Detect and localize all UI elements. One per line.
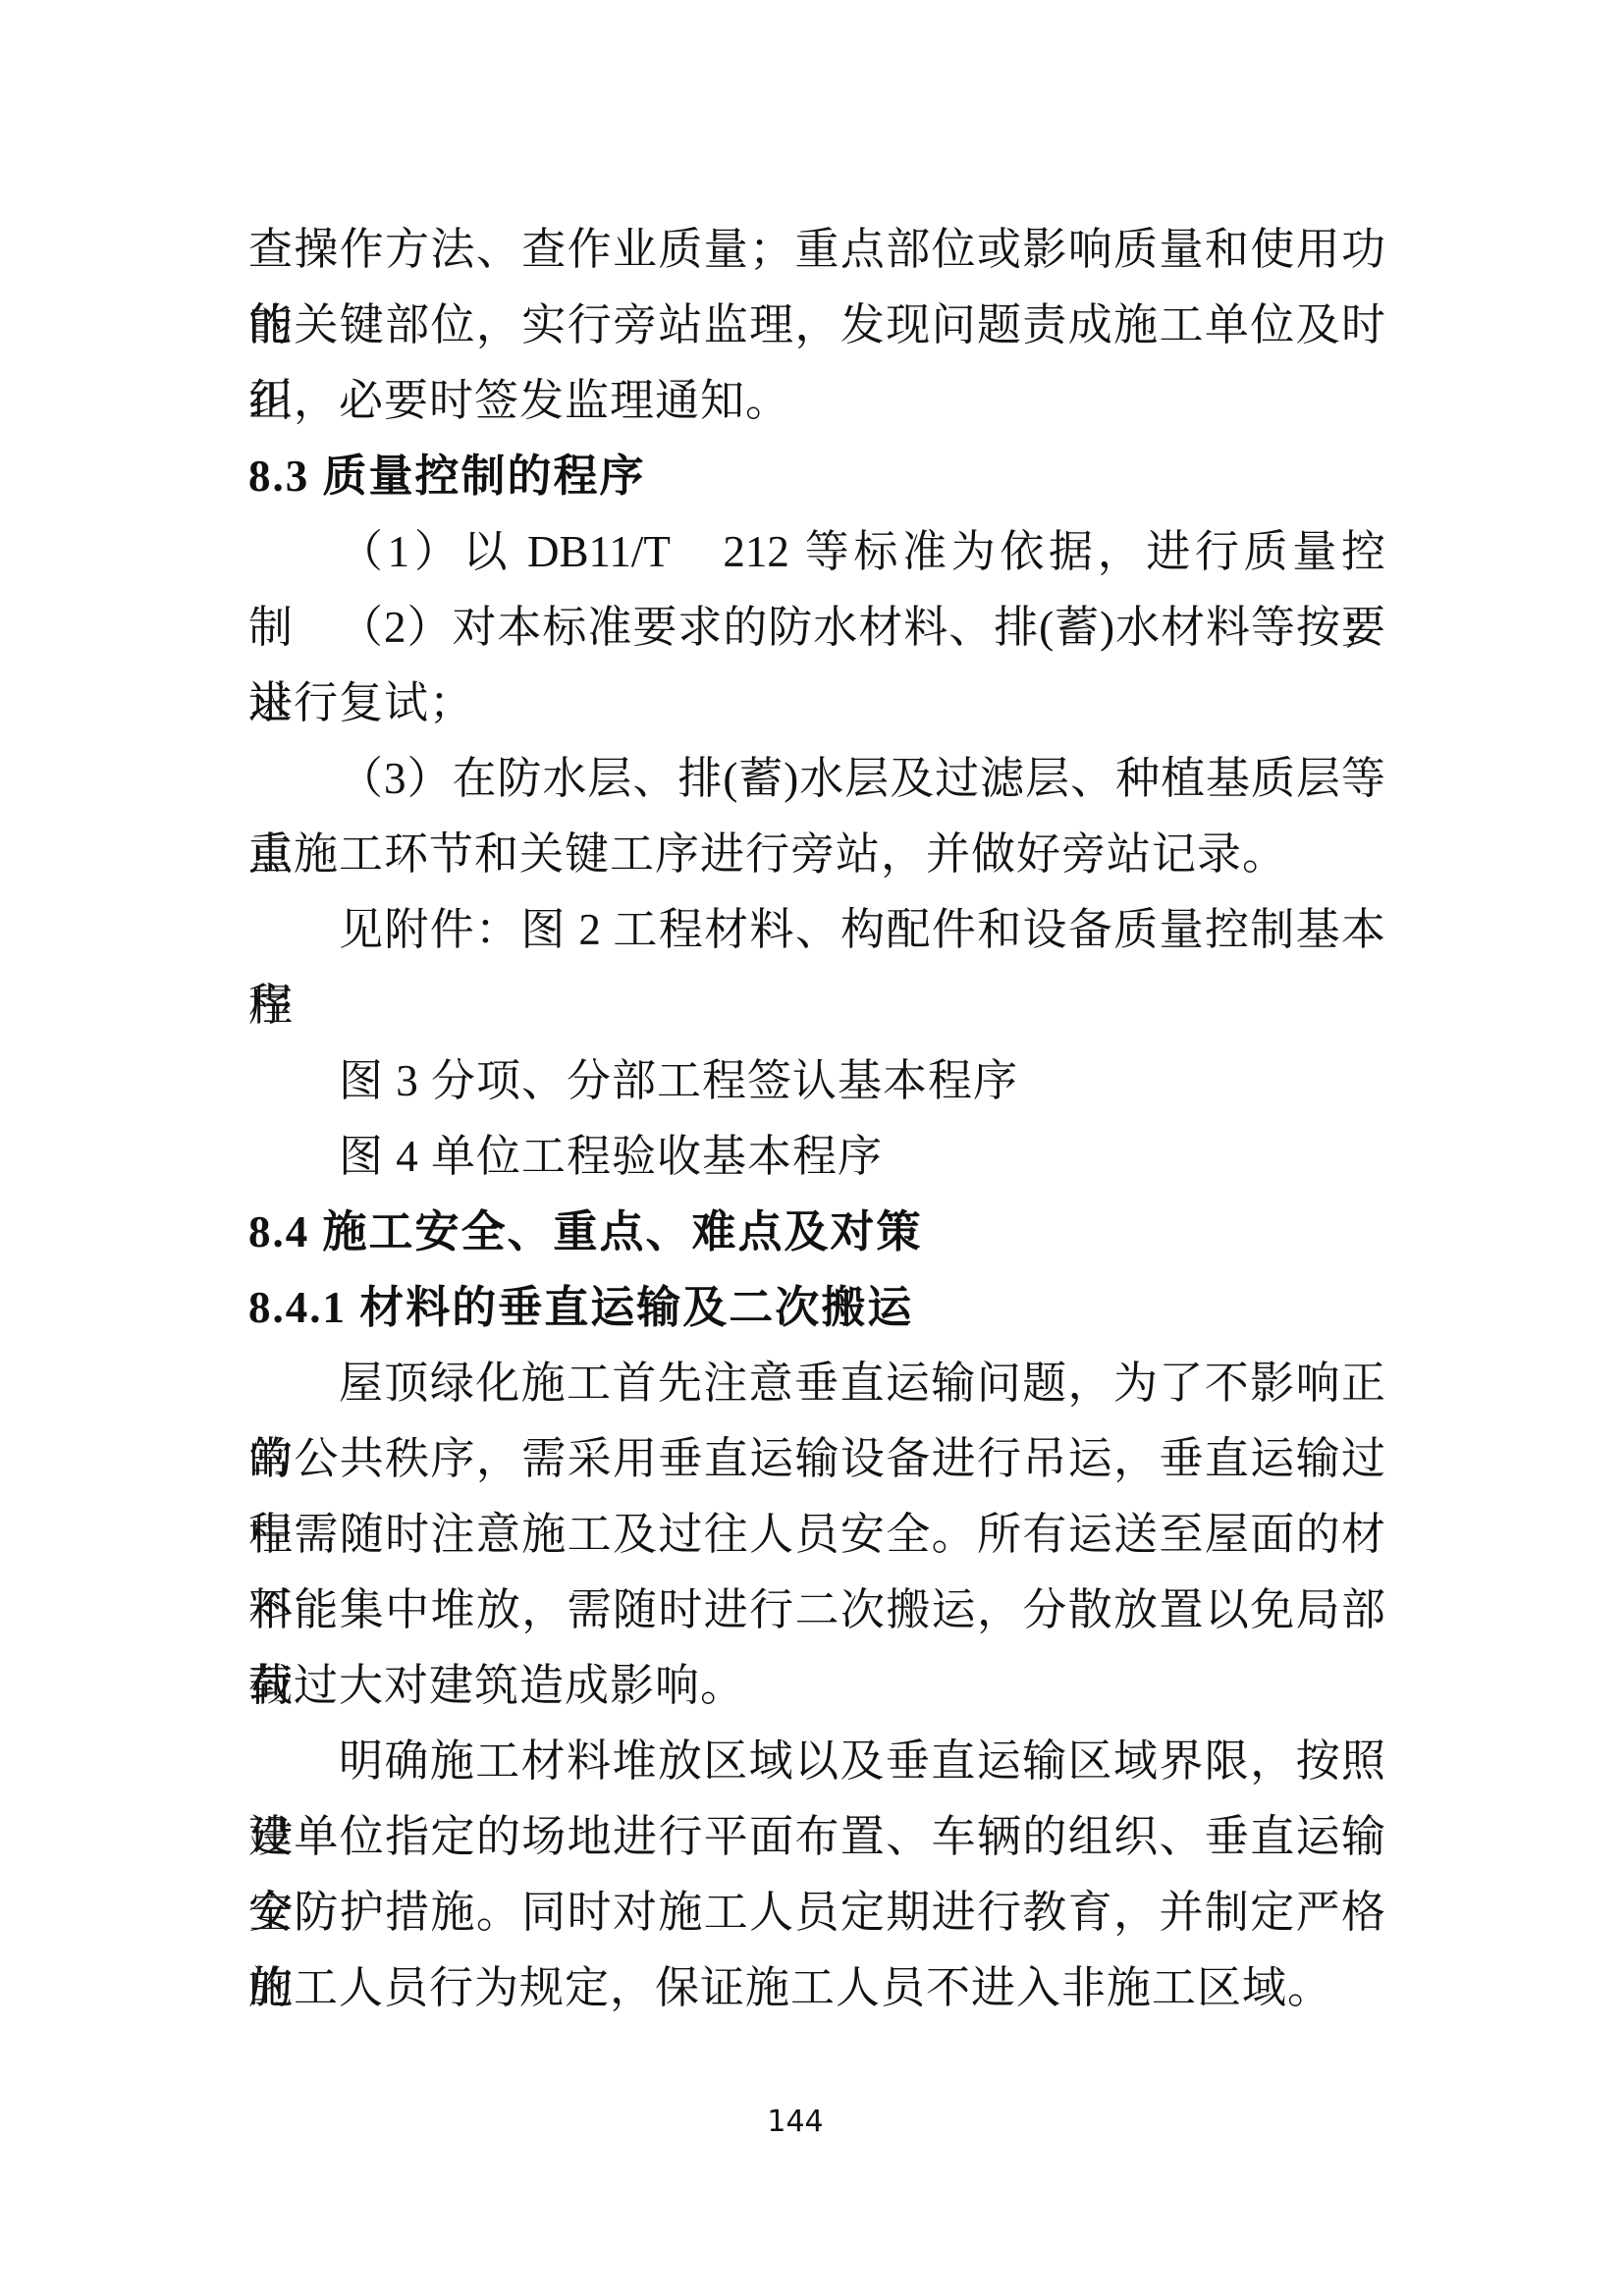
page-number: 144 (0, 2103, 1591, 2142)
text-block: 查操作方法、查作业质量；重点部位或影响质量和使用功能 的关键部位，实行旁站监理，… (248, 212, 1385, 2026)
attachment-ref-fig3: 图 3 分项、分部工程签认基本程序 (248, 1043, 1385, 1119)
list-item-3: （3）在防水层、排(蓄)水层及过滤层、种植基质层等重 (248, 741, 1385, 817)
attachment-ref-fig2: 见附件：图 2 工程材料、构配件和设备质量控制基本程 (248, 892, 1385, 968)
list-item-2: （2）对本标准要求的防水材料、排(蓄)水材料等按要求 (248, 590, 1385, 666)
body-line: 查操作方法、查作业质量；重点部位或影响质量和使用功能 (248, 212, 1385, 288)
body-line: 不能集中堆放，需随时进行二次搬运，分散放置以免局部荷 (248, 1573, 1385, 1648)
body-line: 屋顶绿化施工首先注意垂直运输问题，为了不影响正常 (248, 1346, 1385, 1421)
document-page: 查操作方法、查作业质量；重点部位或影响质量和使用功能 的关键部位，实行旁站监理，… (0, 0, 1624, 2296)
body-line: 进行复试； (248, 666, 1385, 741)
body-line: 的公共秩序，需采用垂直运输设备进行吊运，垂直运输过程 (248, 1421, 1385, 1497)
body-line: 载过大对建筑造成影响。 (248, 1648, 1385, 1724)
attachment-ref-fig4: 图 4 单位工程验收基本程序 (248, 1119, 1385, 1195)
body-line: 全防护措施。同时对施工人员定期进行教育，并制定严格的 (248, 1875, 1385, 1950)
body-line: 设单位指定的场地进行平面布置、车辆的组织、垂直运输安 (248, 1799, 1385, 1875)
body-line: 的关键部位，实行旁站监理，发现问题责成施工单位及时纠 (248, 288, 1385, 363)
body-line: 序 (248, 968, 1385, 1043)
section-heading-8-3: 8.3 质量控制的程序 (248, 439, 1385, 514)
section-heading-8-4: 8.4 施工安全、重点、难点及对策 (248, 1195, 1385, 1270)
body-line: 点施工环节和关键工序进行旁站，并做好旁站记录。 (248, 817, 1385, 892)
body-line: 施工人员行为规定，保证施工人员不进入非施工区域。 (248, 1950, 1385, 2026)
list-item-1: （1）以 DB11/T 212 等标准为依据，进行质量控制； (248, 514, 1385, 590)
body-line: 正，必要时签发监理通知。 (248, 363, 1385, 439)
body-line: 中需随时注意施工及过往人员安全。所有运送至屋面的材料 (248, 1497, 1385, 1573)
section-heading-8-4-1: 8.4.1 材料的垂直运输及二次搬运 (248, 1270, 1385, 1346)
body-line: 明确施工材料堆放区域以及垂直运输区域界限，按照建 (248, 1724, 1385, 1799)
